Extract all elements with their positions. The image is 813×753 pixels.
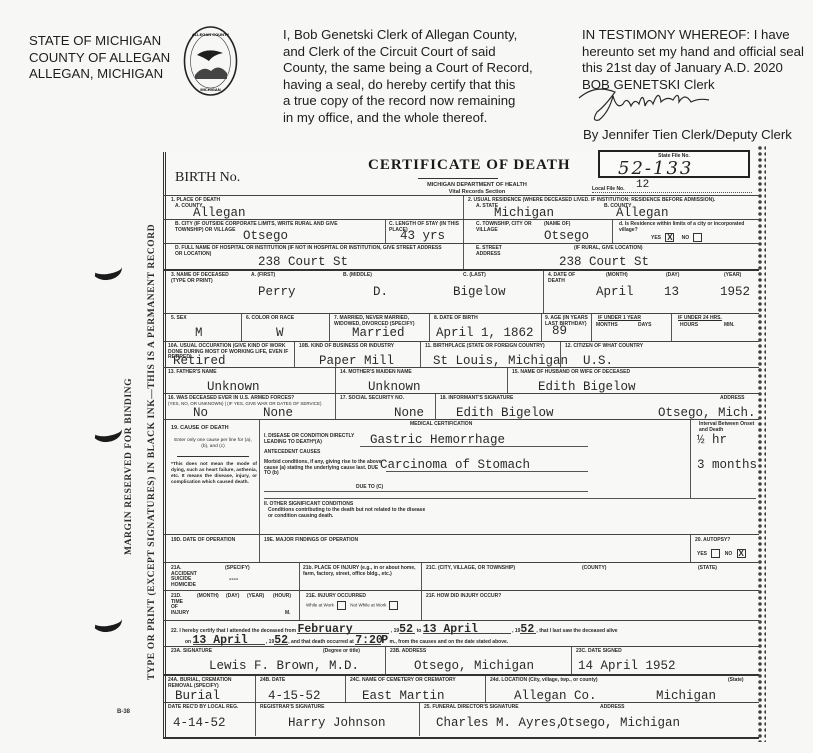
injury-how-label: 21f. HOW DID INJURY OCCUR?	[426, 594, 501, 600]
mother-cell: 14. MOTHER'S MAIDEN NAME Unknown	[335, 368, 507, 393]
marital-cell: 7. MARRIED, NEVER MARRIED, WIDOWED, DIVO…	[329, 314, 429, 341]
while-work-choice: While at Work Not While at Work	[306, 601, 401, 610]
row-parents: 13. FATHER'S NAME Unknown 14. MOTHER'S M…	[163, 367, 759, 393]
middle-name-label: b. (Middle)	[343, 273, 372, 279]
on-label: on	[185, 639, 191, 645]
cert-line: County, the same being a Court of Record…	[283, 60, 553, 77]
form-bottom-border	[163, 737, 759, 739]
binding-hole-icon	[91, 608, 124, 634]
clerk-signature	[575, 82, 725, 127]
autopsy-choices: Yes No X	[697, 549, 749, 558]
row-hospital: d. FULL NAME OF HOSPITAL OR INSTITUTION …	[163, 243, 759, 269]
funeral-director-cell: 25. FUNERAL DIRECTOR'S SIGNATURE ADDRESS…	[419, 703, 759, 736]
received-date-value: 4-14-52	[173, 716, 226, 730]
cert-line: I, Bob Genetski Clerk of Allegan County,	[283, 27, 553, 44]
sex-value: M	[195, 326, 203, 340]
county-seal-icon: ALLEGAN COUNTY MICHIGAN	[183, 25, 238, 97]
color-cell: 6. COLOR OR RACE W	[241, 314, 329, 341]
while-work-label: While at Work	[306, 603, 334, 608]
attest-text: and that death occurred at	[291, 639, 354, 645]
father-value: Unknown	[207, 380, 260, 394]
cert-line: a true copy of the record now remaining	[283, 93, 553, 110]
antecedent-label: ANTECEDENT CAUSES	[264, 450, 320, 456]
ink-notice: TYPE OR PRINT (EXCEPT SIGNATURES) IN BLA…	[147, 224, 157, 680]
testimony-line: this 21st day of January A.D. 2020	[582, 60, 812, 77]
state-file-number: 52-133	[618, 158, 693, 179]
mother-label: 14. MOTHER'S MAIDEN NAME	[340, 370, 412, 376]
row-injury-type: 21a. ACCIDENT SUICIDE HOMICIDE (Specify)…	[163, 562, 759, 590]
last-seen-year-value: 52	[274, 638, 288, 645]
birth-date-value: April 1, 1862	[436, 326, 534, 340]
cert-line: in my office, and the whole thereof.	[283, 110, 553, 127]
color-value: W	[276, 326, 284, 340]
date-of-death-cell: 4. DATE OF DEATH (Month) (Day) (Year) Ap…	[543, 271, 759, 313]
day-label: (Day)	[666, 273, 679, 279]
residence-state-value: Michigan	[494, 206, 554, 220]
min-label: Min.	[724, 323, 735, 329]
first-name-value: Perry	[258, 285, 296, 299]
month-label: (Month)	[606, 273, 628, 279]
to-year-value: 52	[520, 627, 536, 634]
binding-margin-note: MARGIN RESERVED FOR BINDING	[124, 378, 134, 555]
other-rule	[264, 498, 756, 499]
injury-day-label: (Day)	[226, 594, 239, 600]
cert-line: and Clerk of the Circuit Court of said	[283, 44, 553, 61]
autopsy-cell: 20. AUTOPSY? Yes No X	[690, 535, 760, 562]
birthplace-value: St Louis, Michigan	[433, 354, 568, 368]
injury-meridiem: m.	[285, 611, 291, 617]
residence-cell: 2. USUAL RESIDENCE (Where deceased lived…	[463, 196, 759, 219]
citizen-value: U.S.	[583, 354, 613, 368]
row-injury-time: 21d. TIME OF INJURY (Month) (Day) (Year)…	[163, 590, 759, 620]
certificate-title: CERTIFICATE OF DEATH	[368, 157, 571, 174]
burial-location-label: 24d. LOCATION (City, village, twp., or c…	[490, 678, 598, 684]
date-signed-label: 23c. DATE SIGNED	[576, 649, 622, 655]
line-a-value: Gastric Hemorrhage	[370, 433, 505, 447]
date-of-death-label: 4. DATE OF DEATH	[548, 273, 578, 284]
received-date-label: DATE REC'D BY LOCAL REG.	[168, 705, 238, 711]
first-name-label: a. (First)	[251, 273, 275, 279]
street-label: e. STREET ADDRESS	[476, 246, 516, 257]
cemetery-value: East Martin	[362, 689, 445, 703]
birth-date-label: 8. DATE OF BIRTH	[434, 316, 478, 322]
row-attestation: 22. I hereby certify that I attended the…	[163, 620, 759, 646]
year-label: (Year)	[724, 273, 741, 279]
cause-footnote: *This does not mean the mode of dying, s…	[171, 462, 257, 486]
physician-address-label: 23b. ADDRESS	[390, 649, 426, 655]
funeral-director-value: Charles M. Ayres,	[436, 716, 564, 730]
row-armed-forces: 16. WAS DECEASED EVER IN U.S. ARMED FORC…	[163, 393, 759, 419]
line-b-value: Carcinoma of Stomach	[380, 458, 530, 472]
department-name: MICHIGAN DEPARTMENT OF HEALTH	[392, 182, 562, 189]
findings-cell: 19e. MAJOR FINDINGS OF OPERATION 20. AUT…	[259, 535, 759, 562]
title-rule	[418, 178, 498, 179]
state-line: STATE OF MICHIGAN	[29, 33, 170, 50]
degree-label: (Degree or title)	[323, 649, 360, 655]
burial-location-cell: 24d. LOCATION (City, village, twp., or c…	[485, 676, 759, 702]
deceased-name-label: 3. NAME OF DECEASED (Type or Print)	[171, 273, 231, 284]
business-cell: 10b. KIND OF BUSINESS OR INDUSTRY Paper …	[294, 342, 420, 367]
township-cell: c. TOWNSHIP, CITY OR VILLAGE (Name of) O…	[463, 220, 759, 243]
date-signed-cell: 23c. DATE SIGNED 14 April 1952	[571, 647, 759, 674]
injury-place-cell: 21b. PLACE OF INJURY (e.g., in or about …	[299, 563, 421, 590]
cemetery-cell: 24c. NAME OF CEMETERY OR CREMATORY East …	[345, 676, 485, 702]
medical-cert-title: MEDICAL CERTIFICATION	[410, 422, 472, 428]
yes-checkbox[interactable]: X	[665, 233, 674, 242]
line-b-rule	[386, 471, 588, 472]
service-value: None	[263, 406, 293, 420]
burial-date-label: 24b. DATE	[260, 678, 285, 684]
birthplace-label: 11. BIRTHPLACE (State or foreign country…	[425, 344, 545, 350]
color-label: 6. COLOR OR RACE	[246, 316, 294, 322]
attended-to-value: 13 April	[423, 627, 511, 634]
occupation-value: Retired	[173, 354, 226, 368]
physician-address-cell: 23b. ADDRESS Otsego, Michigan	[385, 647, 571, 674]
department-heading: MICHIGAN DEPARTMENT OF HEALTH Vital Reco…	[392, 182, 562, 196]
citizen-label: 12. CITIZEN OF WHAT COUNTRY	[565, 344, 643, 350]
death-year-value: 1952	[720, 285, 750, 299]
to-label: to	[417, 628, 422, 634]
stay-value: 43 yrs	[400, 229, 445, 243]
informant-address-value: Otsego, Mich.	[658, 406, 756, 420]
ssn-value: None	[394, 406, 424, 420]
injury-year-label: (Year)	[247, 594, 264, 600]
spouse-label: 15. NAME OF HUSBAND OR WIFE OF DECEASED	[512, 370, 630, 376]
city-limits-cell: d. Is Residence within limits of a city …	[612, 220, 760, 243]
while-work-checkbox[interactable]	[337, 601, 346, 610]
row-city: b. CITY (If outside corporate limits, wr…	[163, 219, 759, 243]
last-name-value: Bigelow	[453, 285, 506, 299]
autopsy-no-checkbox[interactable]: X	[737, 549, 746, 558]
no-label: No	[682, 235, 690, 241]
injury-place-label: 21b. PLACE OF INJURY (e.g., in or about …	[303, 566, 421, 577]
city-limits-label: d. Is Residence within limits of a city …	[619, 222, 759, 233]
township-value: Otsego	[544, 229, 589, 243]
cause-note: Enter only one cause per line for (a), (…	[173, 438, 253, 450]
state-county-block: STATE OF MICHIGAN COUNTY OF ALLEGAN ALLE…	[29, 33, 170, 83]
marital-value: Married	[352, 326, 405, 340]
residence-county-value: Allegan	[616, 206, 669, 220]
age-cell: 9. AGE (In years last birthday) 89	[541, 314, 591, 341]
local-file-number: 12	[636, 179, 649, 191]
funeral-director-address-label: ADDRESS	[600, 705, 624, 711]
injury-how-cell: 21f. HOW DID INJURY OCCUR?	[421, 591, 759, 620]
no-checkbox[interactable]	[693, 233, 702, 242]
findings-label: 19e. MAJOR FINDINGS OF OPERATION	[264, 538, 358, 544]
cause-label: 19. CAUSE OF DEATH	[171, 426, 229, 432]
disposition-value: Burial	[175, 689, 220, 703]
residence-label: 2. USUAL RESIDENCE (Where deceased lived…	[468, 198, 715, 204]
injury-occurred-label: 21e. INJURY OCCURRED	[306, 594, 366, 600]
injury-location-cell: 21c. (CITY, VILLAGE, OR TOWNSHIP) (COUNT…	[421, 563, 759, 590]
city-line: ALLEGAN, MICHIGAN	[29, 66, 170, 83]
specify-label: (Specify)	[225, 566, 250, 572]
burial-location-value: Allegan Co.	[514, 689, 597, 703]
svg-text:MICHIGAN: MICHIGAN	[200, 87, 220, 92]
informant-address-label: ADDRESS	[720, 396, 744, 402]
last-seen-value: 13 April	[193, 638, 265, 645]
attest-text: m., from the causes and on the date stat…	[390, 639, 509, 645]
death-month-value: April	[596, 285, 634, 299]
cemetery-label: 24c. NAME OF CEMETERY OR CREMATORY	[350, 678, 456, 684]
date-signed-value: 14 April 1952	[578, 659, 676, 673]
physician-address-value: Otsego, Michigan	[414, 659, 534, 673]
operation-date-label: 19d. DATE OF OPERATION	[171, 538, 235, 544]
physician-signature-value: Lewis F. Brown, M.D.	[209, 659, 359, 673]
line-b-label: Morbid conditions, if any, giving rise t…	[264, 460, 384, 477]
yes-label: Yes	[651, 235, 661, 241]
row-physician: 23a. SIGNATURE (Degree or title) Lewis F…	[163, 646, 759, 674]
row-occupation: 10a. USUAL OCCUPATION (Give kind of work…	[163, 341, 759, 367]
birth-number-label: BIRTH No.	[175, 170, 240, 186]
business-value: Paper Mill	[319, 354, 394, 368]
street-value: 238 Court St	[559, 255, 649, 269]
burial-state-value: Michigan	[656, 689, 716, 703]
accident-value: ----	[229, 577, 238, 583]
binding-hole-icon	[91, 418, 124, 444]
city-limits-choices: Yes X No	[651, 233, 705, 242]
line-c-rule	[264, 491, 588, 492]
row-place-of-death: 1. PLACE OF DEATH a. COUNTY Allegan 2. U…	[163, 195, 759, 219]
clerk-certification: I, Bob Genetski Clerk of Allegan County,…	[283, 27, 553, 126]
citizen-cell: 12. CITIZEN OF WHAT COUNTRY U.S.	[560, 342, 759, 367]
township-label: c. TOWNSHIP, CITY OR VILLAGE	[476, 222, 536, 233]
note-rule	[177, 456, 249, 457]
township-note: (Name of)	[544, 222, 570, 228]
autopsy-no-label: No	[725, 551, 733, 557]
injury-occurred-cell: 21e. INJURY OCCURRED While at Work Not W…	[299, 591, 395, 620]
street-cell: e. STREET ADDRESS (If rural, give locati…	[463, 244, 759, 269]
county-line: COUNTY OF ALLEGAN	[29, 50, 170, 67]
line-b-interval: 3 months	[697, 458, 757, 472]
registrar-value: Harry Johnson	[288, 716, 386, 730]
state-file-number-box: State File No. 52-133	[598, 150, 750, 178]
informant-cell: 18. INFORMANT'S SIGNATURE ADDRESS Edith …	[435, 394, 759, 419]
physician-signature-label: 23a. SIGNATURE	[171, 649, 212, 655]
disposition-label: 24a. BURIAL, CREMATION REMOVAL (Specify)	[168, 678, 248, 689]
deputy-clerk-line: By Jennifer Tien Clerk/Deputy Clerk	[583, 127, 792, 142]
informant-value: Edith Bigelow	[456, 406, 554, 420]
birth-date-cell: 8. DATE OF BIRTH April 1, 1862	[429, 314, 541, 341]
injury-state-label: (STATE)	[698, 566, 717, 572]
armed-forces-value: No	[193, 406, 208, 420]
birthplace-cell: 11. BIRTHPLACE (State or foreign country…	[420, 342, 560, 367]
months-label: Months	[596, 323, 618, 329]
local-file-label: Local File No.	[592, 186, 625, 192]
registrar-label: REGISTRAR'S SIGNATURE	[260, 705, 324, 711]
attended-from-value: February	[297, 627, 389, 634]
row-name-of-deceased: 3. NAME OF DECEASED (Type or Print) a. (…	[163, 269, 759, 313]
informant-label: 18. INFORMANT'S SIGNATURE	[440, 396, 513, 402]
injury-county-label: (COUNTY)	[582, 566, 606, 572]
testimony-line: hereunto set my hand and official seal	[582, 44, 812, 61]
middle-name-value: D.	[373, 285, 388, 299]
spouse-cell: 15. NAME OF HUSBAND OR WIFE OF DECEASED …	[507, 368, 759, 393]
other-conditions-note: Conditions contributing to the death but…	[268, 508, 428, 519]
street-note: (If rural, give location)	[574, 246, 643, 252]
injury-month-label: (Month)	[197, 594, 219, 600]
interval-label: Interval Between Onset and Death	[699, 422, 757, 433]
attest-text: that I last saw the deceased alive	[539, 628, 617, 634]
injury-city-label: 21c. (CITY, VILLAGE, OR TOWNSHIP)	[426, 566, 515, 572]
mother-value: Unknown	[368, 380, 421, 394]
death-county-value: Allegan	[193, 206, 246, 220]
injury-time-label: 21d. TIME OF INJURY	[171, 594, 191, 616]
business-label: 10b. KIND OF BUSINESS OR INDUSTRY	[299, 344, 394, 350]
under-year-cell: If under 1 Year Months Days	[591, 314, 671, 341]
burial-date-cell: 24b. DATE 4-15-52	[255, 676, 345, 702]
funeral-director-label: 25. FUNERAL DIRECTOR'S SIGNATURE	[424, 705, 519, 711]
row-operation: 19d. DATE OF OPERATION 19e. MAJOR FINDIN…	[163, 534, 759, 562]
medical-cert-cell: MEDICAL CERTIFICATION I. DISEASE OR COND…	[259, 420, 759, 534]
binding-hole-icon	[91, 256, 124, 282]
father-label: 13. FATHER'S NAME	[168, 370, 217, 376]
row-personal: 5. SEX M 6. COLOR OR RACE W 7. MARRIED, …	[163, 313, 759, 341]
funeral-director-address-value: Otsego, Michigan	[560, 716, 680, 730]
hours-label: Hours	[680, 323, 698, 329]
death-time-value: 7:20	[355, 638, 381, 645]
testimony-line: IN TESTIMONY WHEREOF: I have	[582, 27, 812, 44]
burial-state-label: (State)	[728, 678, 744, 684]
ssn-cell: 17. SOCIAL SECURITY NO. None	[335, 394, 435, 419]
row-cause-of-death: 19. CAUSE OF DEATH Enter only one cause …	[163, 419, 759, 534]
local-file-field: Local File No. 12	[592, 186, 752, 193]
attestation-line-2: on 13 April , 1952, and that death occur…	[185, 638, 508, 646]
days-label: Days	[638, 323, 651, 329]
form-number: B-38	[117, 709, 130, 715]
cert-line: having a seal, do hereby certify that th…	[283, 77, 553, 94]
not-while-work-checkbox[interactable]	[389, 601, 398, 610]
registrar-cell: REGISTRAR'S SIGNATURE Harry Johnson	[255, 703, 419, 736]
accident-label: 21a. ACCIDENT SUICIDE HOMICIDE	[171, 566, 205, 588]
from-year-value: 52	[399, 627, 415, 634]
row-registration: DATE REC'D BY LOCAL REG. 4-14-52 REGISTR…	[163, 702, 759, 736]
row-burial: 24a. BURIAL, CREMATION REMOVAL (Specify)…	[163, 674, 759, 702]
autopsy-yes-label: Yes	[697, 551, 707, 557]
under-day-label: If under 24 Hrs.	[678, 316, 722, 322]
burial-date-value: 4-15-52	[268, 689, 321, 703]
death-day-value: 13	[664, 285, 679, 299]
line-a-rule	[360, 446, 588, 447]
svg-text:ALLEGAN COUNTY: ALLEGAN COUNTY	[192, 32, 230, 37]
autopsy-yes-checkbox[interactable]	[711, 549, 720, 558]
stay-cell: c. LENGTH OF STAY (in this place) 43 yrs	[385, 220, 463, 243]
armed-forces-note: (Yes, no, or unknown) | (If yes, give wa…	[168, 401, 322, 407]
sex-label: 5. SEX	[171, 316, 187, 322]
hospital-value: 238 Court St	[258, 255, 348, 269]
under-year-label: If under 1 Year	[598, 316, 641, 322]
line-c-label: DUE TO (c)	[356, 485, 383, 491]
ssn-label: 17. SOCIAL SECURITY NO.	[340, 396, 404, 402]
last-name-label: c. (Last)	[463, 273, 486, 279]
line-a-interval: ½ hr	[697, 433, 727, 447]
not-while-work-label: Not While at Work	[350, 603, 386, 608]
interval-cell: Interval Between Onset and Death ½ hr 3 …	[690, 420, 760, 498]
autopsy-label: 20. AUTOPSY?	[695, 538, 730, 544]
spouse-value: Edith Bigelow	[538, 380, 636, 394]
under-day-cell: If under 24 Hrs. Hours Min.	[671, 314, 759, 341]
death-city-value: Otsego	[243, 229, 288, 243]
age-value: 89	[552, 324, 567, 338]
injury-hour-label: (Hour)	[273, 594, 291, 600]
line-a-label: I. DISEASE OR CONDITION DIRECTLY LEADING…	[264, 434, 364, 445]
